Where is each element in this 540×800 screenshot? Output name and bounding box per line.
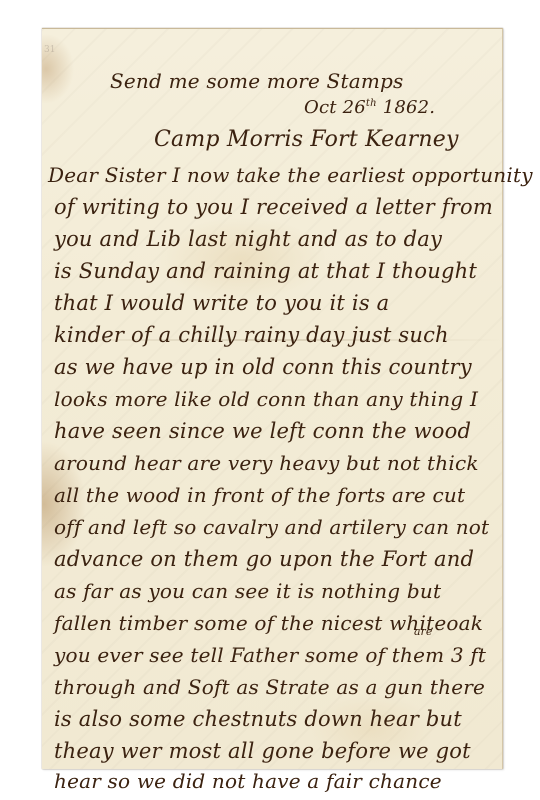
letter-page: 31 Send me some more Stamps Oct 26th 186… — [42, 28, 503, 769]
date-text: Oct 26 — [304, 97, 366, 118]
letter-line-16: you ever see tell Father some of them 3 … — [54, 643, 486, 667]
scan-background: 31 Send me some more Stamps Oct 26th 186… — [0, 0, 540, 800]
letter-line-4: is Sunday and raining at that I thought — [54, 259, 477, 283]
letter-line-12: off and left so cavalry and artilery can… — [54, 515, 489, 539]
letter-line-13: advance on them go upon the Fort and — [54, 547, 474, 571]
letter-line-11: all the wood in front of the forts are c… — [54, 483, 465, 507]
letter-line-9: have seen since we left conn the wood — [54, 419, 471, 443]
letter-line-2: of writing to you I received a letter fr… — [54, 195, 493, 219]
date-suffix: th — [366, 98, 377, 109]
postscript-line: Send me some more Stamps — [110, 69, 403, 93]
date-year: 1862. — [383, 97, 436, 118]
location-text: Camp Morris Fort Kearney — [154, 127, 459, 152]
letter-line-10: around hear are very heavy but not thick — [54, 451, 479, 475]
letter-line-5: that I would write to you it is a — [54, 291, 389, 315]
letter-line-17: through and Soft as Strate as a gun ther… — [54, 675, 485, 699]
date-line: Oct 26th 1862. — [304, 97, 435, 118]
letter-line-6: kinder of a chilly rainy day just such — [54, 323, 449, 347]
interlinear-insert: are — [414, 625, 432, 638]
letter-line-7: as we have up in old conn this country — [54, 355, 472, 379]
letter-line-1: Dear Sister I now take the earliest oppo… — [48, 163, 533, 187]
letter-line-19: theay wer most all gone before we got — [54, 739, 471, 763]
postscript-text: Send me some more Stamps — [110, 69, 403, 93]
location-line: Camp Morris Fort Kearney — [154, 127, 459, 152]
letter-line-18: is also some chestnuts down hear but — [54, 707, 462, 731]
letter-line-20: hear so we did not have a fair chance — [54, 769, 442, 793]
letter-line-3: you and Lib last night and as to day — [54, 227, 442, 251]
letter-line-14: as far as you can see it is nothing but — [54, 579, 441, 603]
pencil-page-number: 31 — [44, 45, 55, 55]
letter-line-8: looks more like old conn than any thing … — [54, 387, 478, 411]
